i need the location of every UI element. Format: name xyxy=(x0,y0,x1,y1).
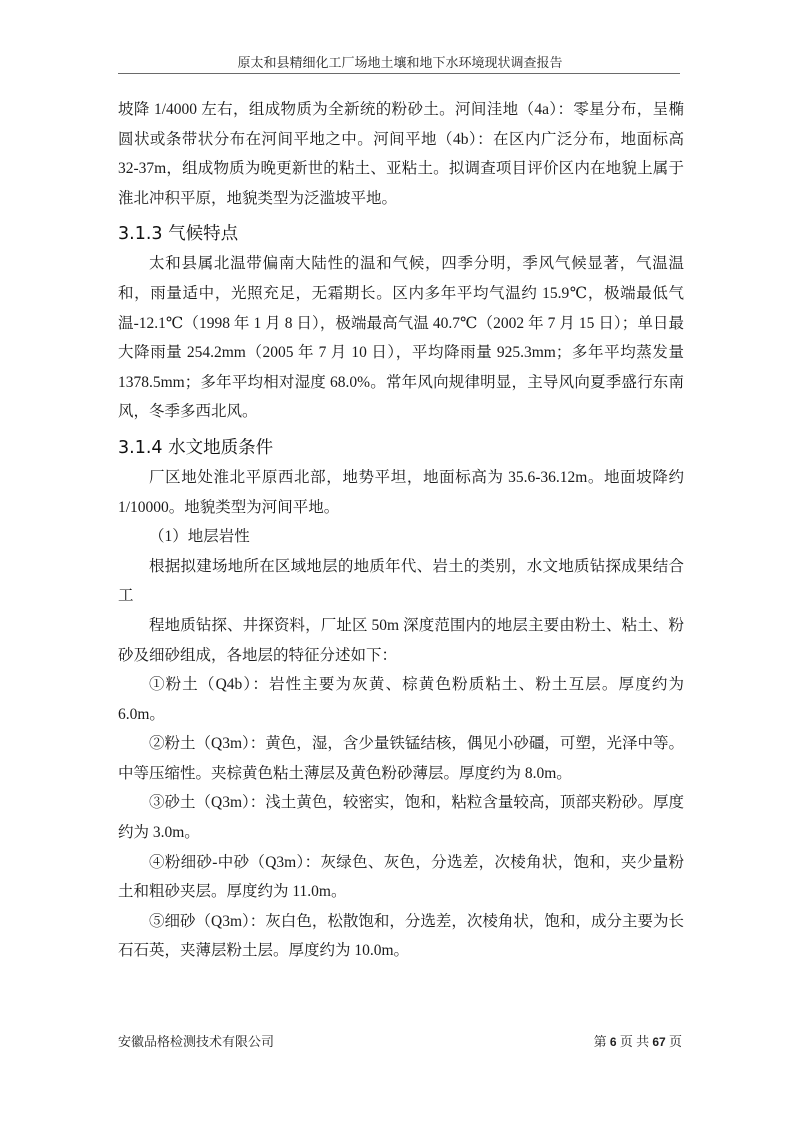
page-total: 67 xyxy=(652,1035,665,1049)
layer-item-3: ③砂土（Q3m）：浅土黄色，较密实，饱和，粘粒含量较高，顶部夹粉砂。厚度约为 3… xyxy=(118,788,684,847)
page-number: 第 6 页 共 67 页 xyxy=(594,1031,682,1050)
climate-paragraph: 太和县属北温带偏南大陆性的温和气候，四季分明，季风气候显著，气温温和，雨量适中，… xyxy=(118,249,684,427)
page-current: 6 xyxy=(610,1035,617,1049)
layer-item-5: ⑤细砂（Q3m）：灰白色，松散饱和，分选差，次棱角状，饱和，成分主要为长石石英，… xyxy=(118,907,684,966)
document-body: 坡降 1/4000 左右，组成物质为全新统的粉砂土。河间洼地（4a）：零星分布，… xyxy=(118,95,684,966)
header-divider xyxy=(118,73,680,74)
layer-item-1: ①粉土（Q4b）：岩性主要为灰黄、棕黄色粉质粘土、粉土互层。厚度约为 6.0m。 xyxy=(118,670,684,729)
page-suffix: 页 xyxy=(669,1034,682,1049)
page-mid: 页 共 xyxy=(620,1034,649,1049)
layer-item-2: ②粉土（Q3m）：黄色，湿，含少量铁锰结核，偶见小砂礓，可塑，光泽中等。中等压缩… xyxy=(118,729,684,788)
section-heading-3-1-4: 3.1.4 水文地质条件 xyxy=(118,433,684,463)
section-heading-3-1-3: 3.1.3 气候特点 xyxy=(118,219,684,249)
stratum-intro-paragraph: 根据拟建场地所在区域地层的地质年代、岩土的类别，水文地质钻探成果结合工 xyxy=(118,552,684,611)
layer-item-4: ④粉细砂-中砂（Q3m）：灰绿色、灰色，分选差，次棱角状，饱和，夹少量粉土和粗砂… xyxy=(118,848,684,907)
stratum-summary-paragraph: 程地质钻探、井探资料，厂址区 50m 深度范围内的地层主要由粉土、粘土、粉砂及细… xyxy=(118,611,684,670)
page-prefix: 第 xyxy=(594,1034,607,1049)
subheading-stratum-lithology: （1）地层岩性 xyxy=(118,522,684,552)
footer-company: 安徽品格检测技术有限公司 xyxy=(118,1031,274,1050)
header-title: 原太和县精细化工厂场地土壤和地下水环境现状调查报告 xyxy=(0,52,800,71)
intro-paragraph: 坡降 1/4000 左右，组成物质为全新统的粉砂土。河间洼地（4a）：零星分布，… xyxy=(118,95,684,213)
hydrogeology-paragraph: 厂区地处淮北平原西北部，地势平坦，地面标高为 35.6-36.12m。地面坡降约… xyxy=(118,463,684,522)
